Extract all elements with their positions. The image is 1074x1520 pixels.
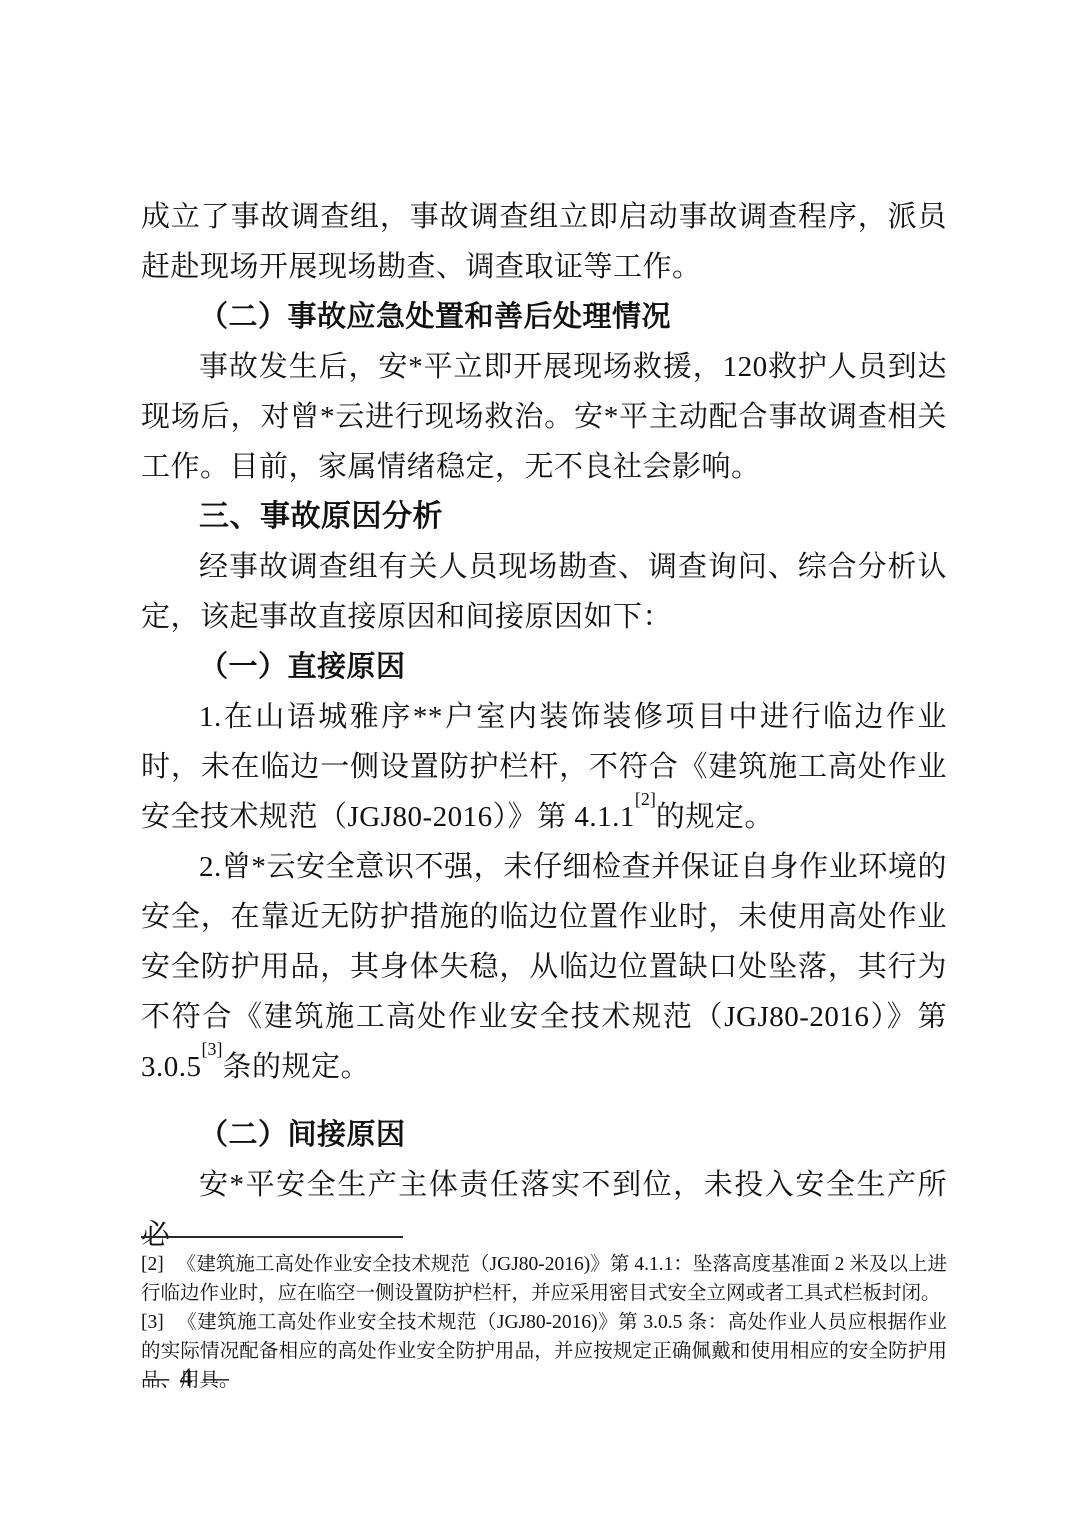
footnote-3-marker: [3] xyxy=(141,1312,164,1333)
direct-cause-2-text-after-ref: 条的规定。 xyxy=(222,1051,370,1083)
page-content: 成立了事故调查组，事故调查组立即启动事故调查程序，派员赶赴现场开展现场勘查、调查… xyxy=(141,192,947,1260)
direct-cause-2-text: 2.曾*云安全意识不强，未仔细检查并保证自身作业环境的安全，在靠近无防护措施的临… xyxy=(141,851,947,1083)
document-page: 成立了事故调查组，事故调查组立即启动事故调查程序，派员赶赴现场开展现场勘查、调查… xyxy=(0,0,1074,1520)
paragraph-continued-from-previous-page: 成立了事故调查组，事故调查组立即启动事故调查程序，派员赶赴现场开展现场勘查、调查… xyxy=(141,192,947,292)
footnote-3-text: 《建筑施工高处作业安全技术规范（JGJ80-2016)》第 3.0.5 条：高处… xyxy=(141,1312,947,1391)
heading-direct-cause: （一）直接原因 xyxy=(141,642,947,692)
heading-indirect-cause: （二）间接原因 xyxy=(141,1110,947,1160)
footnotes-section: [2]《建筑施工高处作业安全技术规范（JGJ80-2016)》第 4.1.1：坠… xyxy=(141,1236,947,1395)
footnote-2-marker: [2] xyxy=(141,1254,164,1275)
paragraph-direct-cause-2: 2.曾*云安全意识不强，未仔细检查并保证自身作业环境的安全，在靠近无防护措施的临… xyxy=(141,842,947,1092)
footnote-ref-3: [3] xyxy=(202,1039,223,1059)
heading-section-2-2-emergency-handling: （二）事故应急处置和善后处理情况 xyxy=(141,292,947,342)
paragraph-analysis-intro: 经事故调查组有关人员现场勘查、调查询问、综合分析认定，该起事故直接原因和间接原因… xyxy=(141,542,947,642)
direct-cause-1-text: 1.在山语城雅序**户室内装饰装修项目中进行临边作业时，未在临边一侧设置防护栏杆… xyxy=(141,701,947,833)
footnote-2-text: 《建筑施工高处作业安全技术规范（JGJ80-2016)》第 4.1.1：坠落高度… xyxy=(141,1254,947,1304)
footnote-2: [2]《建筑施工高处作业安全技术规范（JGJ80-2016)》第 4.1.1：坠… xyxy=(141,1250,947,1308)
footnote-3: [3]《建筑施工高处作业安全技术规范（JGJ80-2016)》第 3.0.5 条… xyxy=(141,1308,947,1395)
heading-section-3-cause-analysis: 三、事故原因分析 xyxy=(141,492,947,542)
paragraph-direct-cause-1: 1.在山语城雅序**户室内装饰装修项目中进行临边作业时，未在临边一侧设置防护栏杆… xyxy=(141,692,947,842)
direct-cause-1-text-after-ref: 的规定。 xyxy=(656,801,774,833)
page-number: — 4 — xyxy=(143,1363,231,1393)
paragraph-emergency-response: 事故发生后，安*平立即开展现场救援，120救护人员到达现场后，对曾*云进行现场救… xyxy=(141,342,947,492)
footnote-separator-rule xyxy=(141,1236,403,1238)
footnote-ref-2: [2] xyxy=(635,789,656,809)
